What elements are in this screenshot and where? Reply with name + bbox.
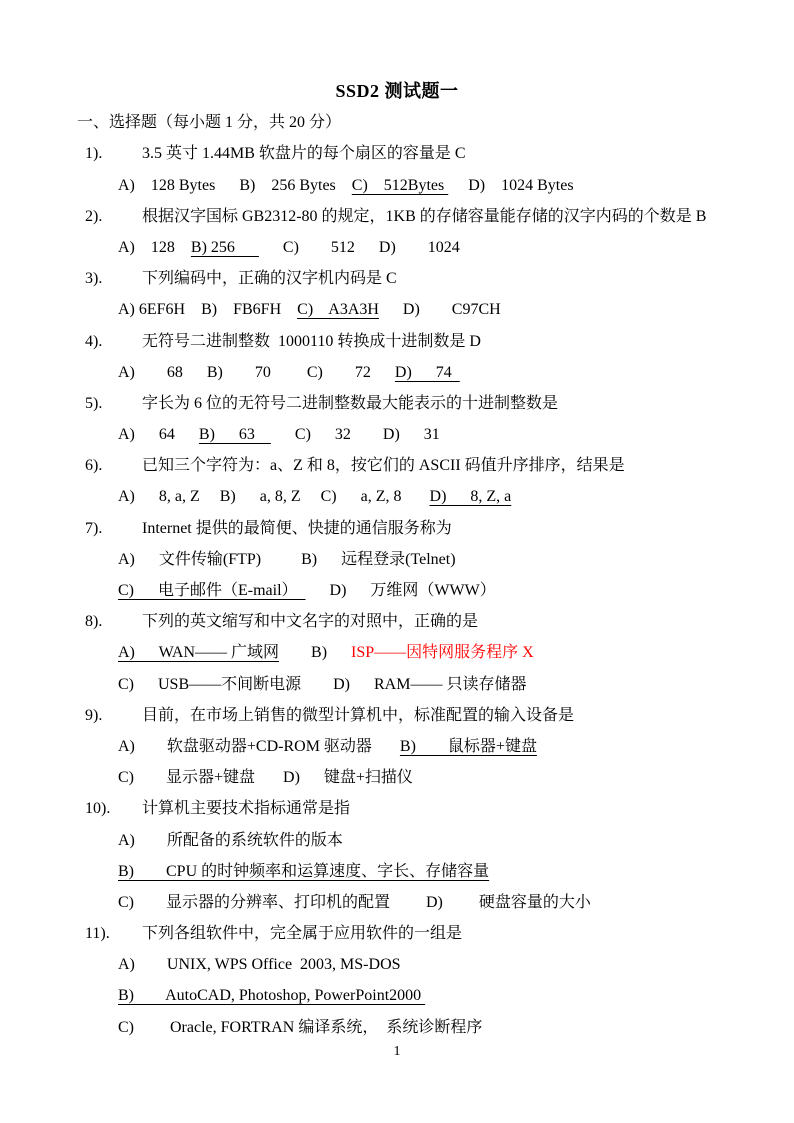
question-number: 7). [85,513,142,544]
question-line: 2).根据汉字国标 GB2312-80 的规定，1KB 的存储容量能存储的汉字内… [0,201,794,232]
text-segment: 目前，在市场上销售的微型计算机中，标准配置的输入设备是 [142,707,574,724]
option-line: C) Oracle, FORTRAN 编译系统， 系统诊断程序 [0,1012,794,1043]
question-number: 1). [85,138,142,169]
text-segment: 已知三个字符为：a、Z 和 8，按它们的 ASCII 码值升序排序，结果是 [142,457,625,474]
text-segment: C) 512 D) 1024 [259,239,460,256]
document-page: SSD2 测试题一 一、选择题（每小题 1 分，共 20 分）1).3.5 英寸… [0,0,794,1123]
question-number: 2). [85,201,142,232]
text-segment: C) USB——不间断电源 D) RAM—— 只读存储器 [118,676,526,693]
text-segment: D) 1024 Bytes [448,177,573,194]
text-segment: A) 68 B) 70 C) 72 [118,364,395,381]
underlined-answer-text: C) 512Bytes [352,177,448,194]
text-segment: A) 8, a, Z B) a, 8, Z C) a, Z, 8 [118,488,430,505]
text-segment: Internet 提供的最简便、快捷的通信服务称为 [142,520,452,537]
underlined-answer-text: B) 256 [191,239,259,256]
underlined-answer-text: C) A3A3H [297,301,379,318]
option-line: A) 64 B) 63 C) 32 D) 31 [0,419,794,450]
option-line: A) 128 B) 256 C) 512 D) 1024 [0,232,794,263]
question-number: 6). [85,450,142,481]
text-segment: C) Oracle, FORTRAN 编译系统， 系统诊断程序 [118,1019,482,1036]
underlined-answer-text: B) AutoCAD, Photoshop, PowerPoint2000 [118,987,425,1004]
text-segment: A) 6EF6H B) FB6FH [118,301,297,318]
option-line: B) AutoCAD, Photoshop, PowerPoint2000 [0,980,794,1011]
option-line: A) WAN—— 广域网 B) ISP——因特网服务程序 X [0,637,794,668]
text-segment: 下列的英文缩写和中文名字的对照中，正确的是 [142,613,478,630]
text-segment: C) 显示器+键盘 D) 键盘+扫描仪 [118,769,413,786]
text-segment: B) [279,644,351,661]
document-title: SSD2 测试题一 [0,76,794,107]
option-line: A) 软盘驱动器+CD-ROM 驱动器 B) 鼠标器+键盘 [0,731,794,762]
question-line: 1).3.5 英寸 1.44MB 软盘片的每个扇区的容量是 C [0,138,794,169]
question-number: 9). [85,700,142,731]
question-line: 11).下列各组软件中，完全属于应用软件的一组是 [0,918,794,949]
option-line: C) 电子邮件（E-mail） D) 万维网（WWW） [0,575,794,606]
underlined-answer-text: C) 电子邮件（E-mail） [118,582,306,599]
question-number: 8). [85,606,142,637]
option-line: A) 6EF6H B) FB6FH C) A3A3H D) C97CH [0,294,794,325]
text-segment: 字长为 6 位的无符号二进制整数最大能表示的十进制整数是 [142,395,558,412]
question-line: 4).无符号二进制整数 1000110 转换成十进制数是 D [0,326,794,357]
text-segment: A) 128 [118,239,191,256]
underlined-answer-text: B) 63 [199,426,271,443]
option-line: C) USB——不间断电源 D) RAM—— 只读存储器 [0,669,794,700]
option-line: C) 显示器的分辨率、打印机的配置 D) 硬盘容量的大小 [0,887,794,918]
option-line: A) 68 B) 70 C) 72 D) 74 [0,357,794,388]
question-number: 11). [85,918,142,949]
text-segment: 一、选择题（每小题 1 分，共 20 分） [77,114,341,131]
text-segment: D) 万维网（WWW） [306,582,496,599]
option-line: A) 文件传输(FTP) B) 远程登录(Telnet) [0,544,794,575]
text-segment: 下列编码中，正确的汉字机内码是 C [142,270,397,287]
question-number: 4). [85,326,142,357]
option-line: B) CPU 的时钟频率和运算速度、字长、存储容量 [0,856,794,887]
question-line: 8).下列的英文缩写和中文名字的对照中，正确的是 [0,606,794,637]
text-segment: A) 128 Bytes B) 256 Bytes [118,177,352,194]
option-line: A) 8, a, Z B) a, 8, Z C) a, Z, 8 D) 8, Z… [0,481,794,512]
highlighted-answer-text: ISP——因特网服务程序 X [351,644,534,661]
text-segment: 根据汉字国标 GB2312-80 的规定，1KB 的存储容量能存储的汉字内码的个… [142,208,706,225]
question-line: 3).下列编码中，正确的汉字机内码是 C [0,263,794,294]
question-number: 3). [85,263,142,294]
underlined-answer-text: A) WAN—— 广域网 [118,644,279,661]
question-number: 10). [85,793,142,824]
text-segment: A) 文件传输(FTP) B) 远程登录(Telnet) [118,551,456,568]
text-segment: A) UNIX, WPS Office 2003, MS-DOS [118,956,401,973]
option-line: C) 显示器+键盘 D) 键盘+扫描仪 [0,762,794,793]
question-line: 9).目前，在市场上销售的微型计算机中，标准配置的输入设备是 [0,700,794,731]
document-lines: 一、选择题（每小题 1 分，共 20 分）1).3.5 英寸 1.44MB 软盘… [0,107,794,1043]
option-line: A) UNIX, WPS Office 2003, MS-DOS [0,949,794,980]
text-segment: 无符号二进制整数 1000110 转换成十进制数是 D [142,333,481,350]
text-segment: 下列各组软件中，完全属于应用软件的一组是 [142,925,462,942]
text-segment: D) C97CH [379,301,501,318]
question-line: 10).计算机主要技术指标通常是指 [0,793,794,824]
option-line: A) 128 Bytes B) 256 Bytes C) 512Bytes D)… [0,170,794,201]
question-line: 6).已知三个字符为：a、Z 和 8，按它们的 ASCII 码值升序排序，结果是 [0,450,794,481]
page-number: 1 [0,1040,794,1064]
question-number: 5). [85,388,142,419]
text-segment: A) 64 [118,426,199,443]
underlined-answer-text: D) 74 [395,364,460,381]
section-heading: 一、选择题（每小题 1 分，共 20 分） [0,107,794,138]
text-segment: C) 32 D) 31 [271,426,440,443]
underlined-answer-text: B) CPU 的时钟频率和运算速度、字长、存储容量 [118,863,489,880]
question-line: 7).Internet 提供的最简便、快捷的通信服务称为 [0,513,794,544]
question-line: 5).字长为 6 位的无符号二进制整数最大能表示的十进制整数是 [0,388,794,419]
document-body: SSD2 测试题一 一、选择题（每小题 1 分，共 20 分）1).3.5 英寸… [0,0,794,1043]
underlined-answer-text: D) 8, Z, a [430,488,512,505]
underlined-answer-text: B) 鼠标器+键盘 [400,738,537,755]
option-line: A) 所配备的系统软件的版本 [0,825,794,856]
text-segment: 计算机主要技术指标通常是指 [142,800,350,817]
text-segment: A) 所配备的系统软件的版本 [118,832,343,849]
text-segment: A) 软盘驱动器+CD-ROM 驱动器 [118,738,400,755]
text-segment: C) 显示器的分辨率、打印机的配置 D) 硬盘容量的大小 [118,894,591,911]
text-segment: 3.5 英寸 1.44MB 软盘片的每个扇区的容量是 C [142,145,466,162]
